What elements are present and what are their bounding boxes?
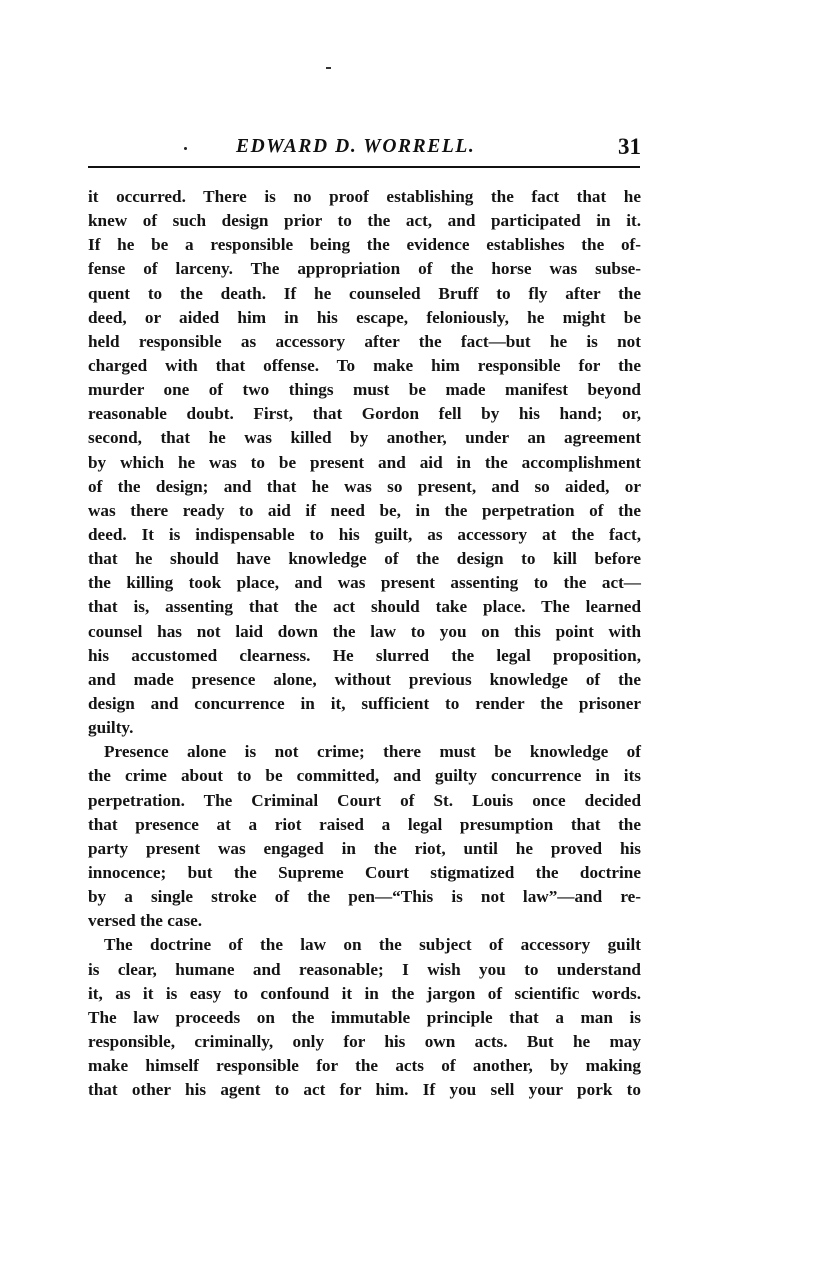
scan-mark — [326, 67, 331, 69]
text-line: second, that he was killed by another, u… — [88, 426, 641, 450]
text-line: The law proceeds on the immutable princi… — [88, 1006, 641, 1030]
scan-dot — [184, 147, 187, 150]
text-line: the crime about to be committed, and gui… — [88, 764, 641, 788]
text-line: If he be a responsible being the evidenc… — [88, 233, 641, 257]
text-line: it, as it is easy to confound it in the … — [88, 982, 641, 1006]
text-line: The doctrine of the law on the subject o… — [88, 933, 641, 957]
text-line: perpetration. The Criminal Court of St. … — [88, 789, 641, 813]
text-line: murder one of two things must be made ma… — [88, 378, 641, 402]
text-line: knew of such design prior to the act, an… — [88, 209, 641, 233]
paragraph: it occurred. There is no proof establish… — [88, 185, 641, 740]
text-line: that presence at a riot raised a legal p… — [88, 813, 641, 837]
paragraph: Presence alone is not crime; there must … — [88, 740, 641, 933]
text-line: innocence; but the Supreme Court stigmat… — [88, 861, 641, 885]
text-line: by which he was to be present and aid in… — [88, 451, 641, 475]
text-line: deed, or aided him in his escape, feloni… — [88, 306, 641, 330]
text-line: responsible, criminally, only for his ow… — [88, 1030, 641, 1054]
text-line: design and concurrence in it, sufficient… — [88, 692, 641, 716]
header-rule — [88, 166, 640, 168]
text-line: his accustomed clearness. He slurred the… — [88, 644, 641, 668]
text-line: held responsible as accessory after the … — [88, 330, 641, 354]
text-line: counsel has not laid down the law to you… — [88, 620, 641, 644]
page-number: 31 — [618, 134, 641, 160]
paragraph: The doctrine of the law on the subject o… — [88, 933, 641, 1102]
text-line: and made presence alone, without previou… — [88, 668, 641, 692]
text-line: fense of larceny. The appropriation of t… — [88, 257, 641, 281]
text-line: party present was engaged in the riot, u… — [88, 837, 641, 861]
text-line: that is, assenting that the act should t… — [88, 595, 641, 619]
running-head: EDWARD D. WORRELL. 31 — [88, 134, 641, 164]
text-line: quent to the death. If he counseled Bruf… — [88, 282, 641, 306]
text-line: charged with that offense. To make him r… — [88, 354, 641, 378]
text-line: of the design; and that he was so presen… — [88, 475, 641, 499]
text-line: versed the case. — [88, 909, 641, 933]
text-line: that he should have knowledge of the des… — [88, 547, 641, 571]
running-head-title: EDWARD D. WORRELL. — [236, 136, 475, 158]
text-line: it occurred. There is no proof establish… — [88, 185, 641, 209]
text-line: that other his agent to act for him. If … — [88, 1078, 641, 1102]
text-line: was there ready to aid if need be, in th… — [88, 499, 641, 523]
text-line: make himself responsible for the acts of… — [88, 1054, 641, 1078]
body-text: it occurred. There is no proof establish… — [88, 185, 641, 1102]
text-line: the killing took place, and was present … — [88, 571, 641, 595]
text-line: reasonable doubt. First, that Gordon fel… — [88, 402, 641, 426]
text-line: deed. It is indispensable to his guilt, … — [88, 523, 641, 547]
text-line: by a single stroke of the pen—“This is n… — [88, 885, 641, 909]
text-line: Presence alone is not crime; there must … — [88, 740, 641, 764]
text-line: is clear, humane and reasonable; I wish … — [88, 958, 641, 982]
text-line: guilty. — [88, 716, 641, 740]
